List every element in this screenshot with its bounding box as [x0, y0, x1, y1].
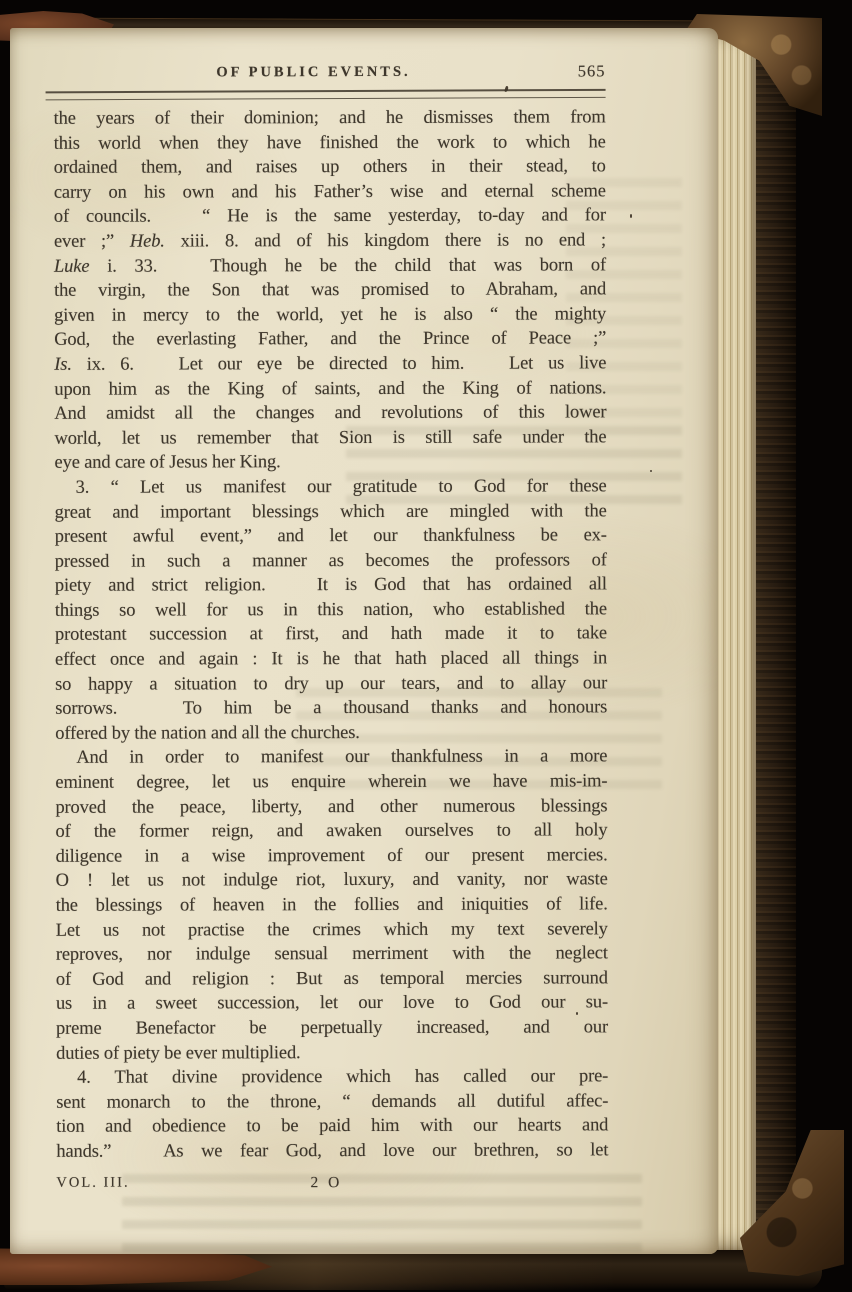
body-line: of councils. “ He is the same yesterday,…: [54, 204, 606, 230]
body-line: ever ;” Heb. xiii. 8. and of his kingdom…: [54, 228, 606, 254]
body-line: Is. ix. 6. Let our eye be directed to hi…: [54, 351, 606, 377]
body-line: And amidst all the changes and revolutio…: [54, 400, 606, 426]
body-line: pressed in such a manner as becomes the …: [55, 548, 607, 574]
body-line: tion and obedience to be paid him with o…: [56, 1114, 608, 1140]
body-line: things so well for us in this nation, wh…: [55, 597, 607, 623]
body-line: ordained them, and raises up others in t…: [54, 155, 606, 181]
running-title: OF PUBLIC EVENTS.: [216, 64, 410, 82]
body-line: us in a sweet succession, let our love t…: [56, 991, 608, 1017]
body-line: Let us not practise the crimes which my …: [56, 917, 608, 943]
body-line: this world when they have finished the w…: [54, 130, 606, 156]
volume-label: VOL. III.: [56, 1175, 129, 1192]
body-line: the years of their dominion; and he dism…: [54, 105, 606, 131]
body-text: the years of their dominion; and he dism…: [54, 105, 609, 1164]
page-number: 565: [578, 61, 606, 81]
body-line: present awful event,” and let our thankf…: [55, 523, 607, 549]
body-line: eminent degree, let us enquire wherein w…: [55, 769, 607, 795]
body-line: hands.” As we fear God, and love our bre…: [56, 1138, 608, 1164]
photo-background: OF PUBLIC EVENTS. 565 the years of their…: [0, 0, 852, 1292]
body-line: 3. “ Let us manifest our gratitude to Go…: [55, 474, 607, 500]
signature-mark: 2 O: [310, 1174, 342, 1192]
body-line: so happy a situation to dry up our tears…: [55, 671, 607, 697]
body-line: offered by the nation and all the church…: [55, 720, 607, 746]
body-line: sent monarch to the throne, “ demands al…: [56, 1089, 608, 1115]
body-line: protestant succession at first, and hath…: [55, 622, 607, 648]
body-line: great and important blessings which are …: [55, 499, 607, 525]
body-line: the blessings of heaven in the follies a…: [56, 892, 608, 918]
body-line: sorrows. To him be a thousand thanks and…: [55, 696, 607, 722]
body-line: reproves, nor indulge sensual merriment …: [56, 942, 608, 968]
body-line: O ! let us not indulge riot, luxury, and…: [56, 868, 608, 894]
body-line: carry on his own and his Father’s wise a…: [54, 179, 606, 205]
body-line: proved the peace, liberty, and other num…: [55, 794, 607, 820]
body-line: upon him as the King of saints, and the …: [54, 376, 606, 402]
body-line: world, let us remember that Sion is stil…: [54, 425, 606, 451]
body-line: eye and care of Jesus her King.: [55, 450, 607, 476]
body-line: preme Benefactor be perpetually increase…: [56, 1015, 608, 1041]
body-line: effect once and again : It is he that ha…: [55, 646, 607, 672]
body-line: duties of piety be ever multiplied.: [56, 1040, 608, 1066]
body-line: given in mercy to the world, yet he is a…: [54, 302, 606, 328]
body-line: piety and strict religion. It is God tha…: [55, 573, 607, 599]
body-line: diligence in a wise improvement of our p…: [56, 843, 608, 869]
book-page: OF PUBLIC EVENTS. 565 the years of their…: [10, 28, 718, 1254]
body-line: of God and religion : But as temporal me…: [56, 966, 608, 992]
body-line: Luke i. 33. Though he be the child that …: [54, 253, 606, 279]
body-line: God, the everlasting Father, and the Pri…: [54, 327, 606, 353]
body-line: 4. That divine providence which has call…: [56, 1065, 608, 1091]
header-double-rule: [46, 89, 606, 100]
book-cover-right-edge: [752, 22, 796, 1268]
running-header: OF PUBLIC EVENTS. 565: [53, 63, 605, 84]
body-line: the virgin, the Son that was promised to…: [54, 278, 606, 304]
body-line: And in order to manifest our thankfulnes…: [55, 745, 607, 771]
page-footer: VOL. III. 2 O: [56, 1173, 608, 1196]
printed-text-block: OF PUBLIC EVENTS. 565 the years of their…: [8, 27, 719, 1255]
body-line: of the former reign, and awaken ourselve…: [55, 819, 607, 845]
